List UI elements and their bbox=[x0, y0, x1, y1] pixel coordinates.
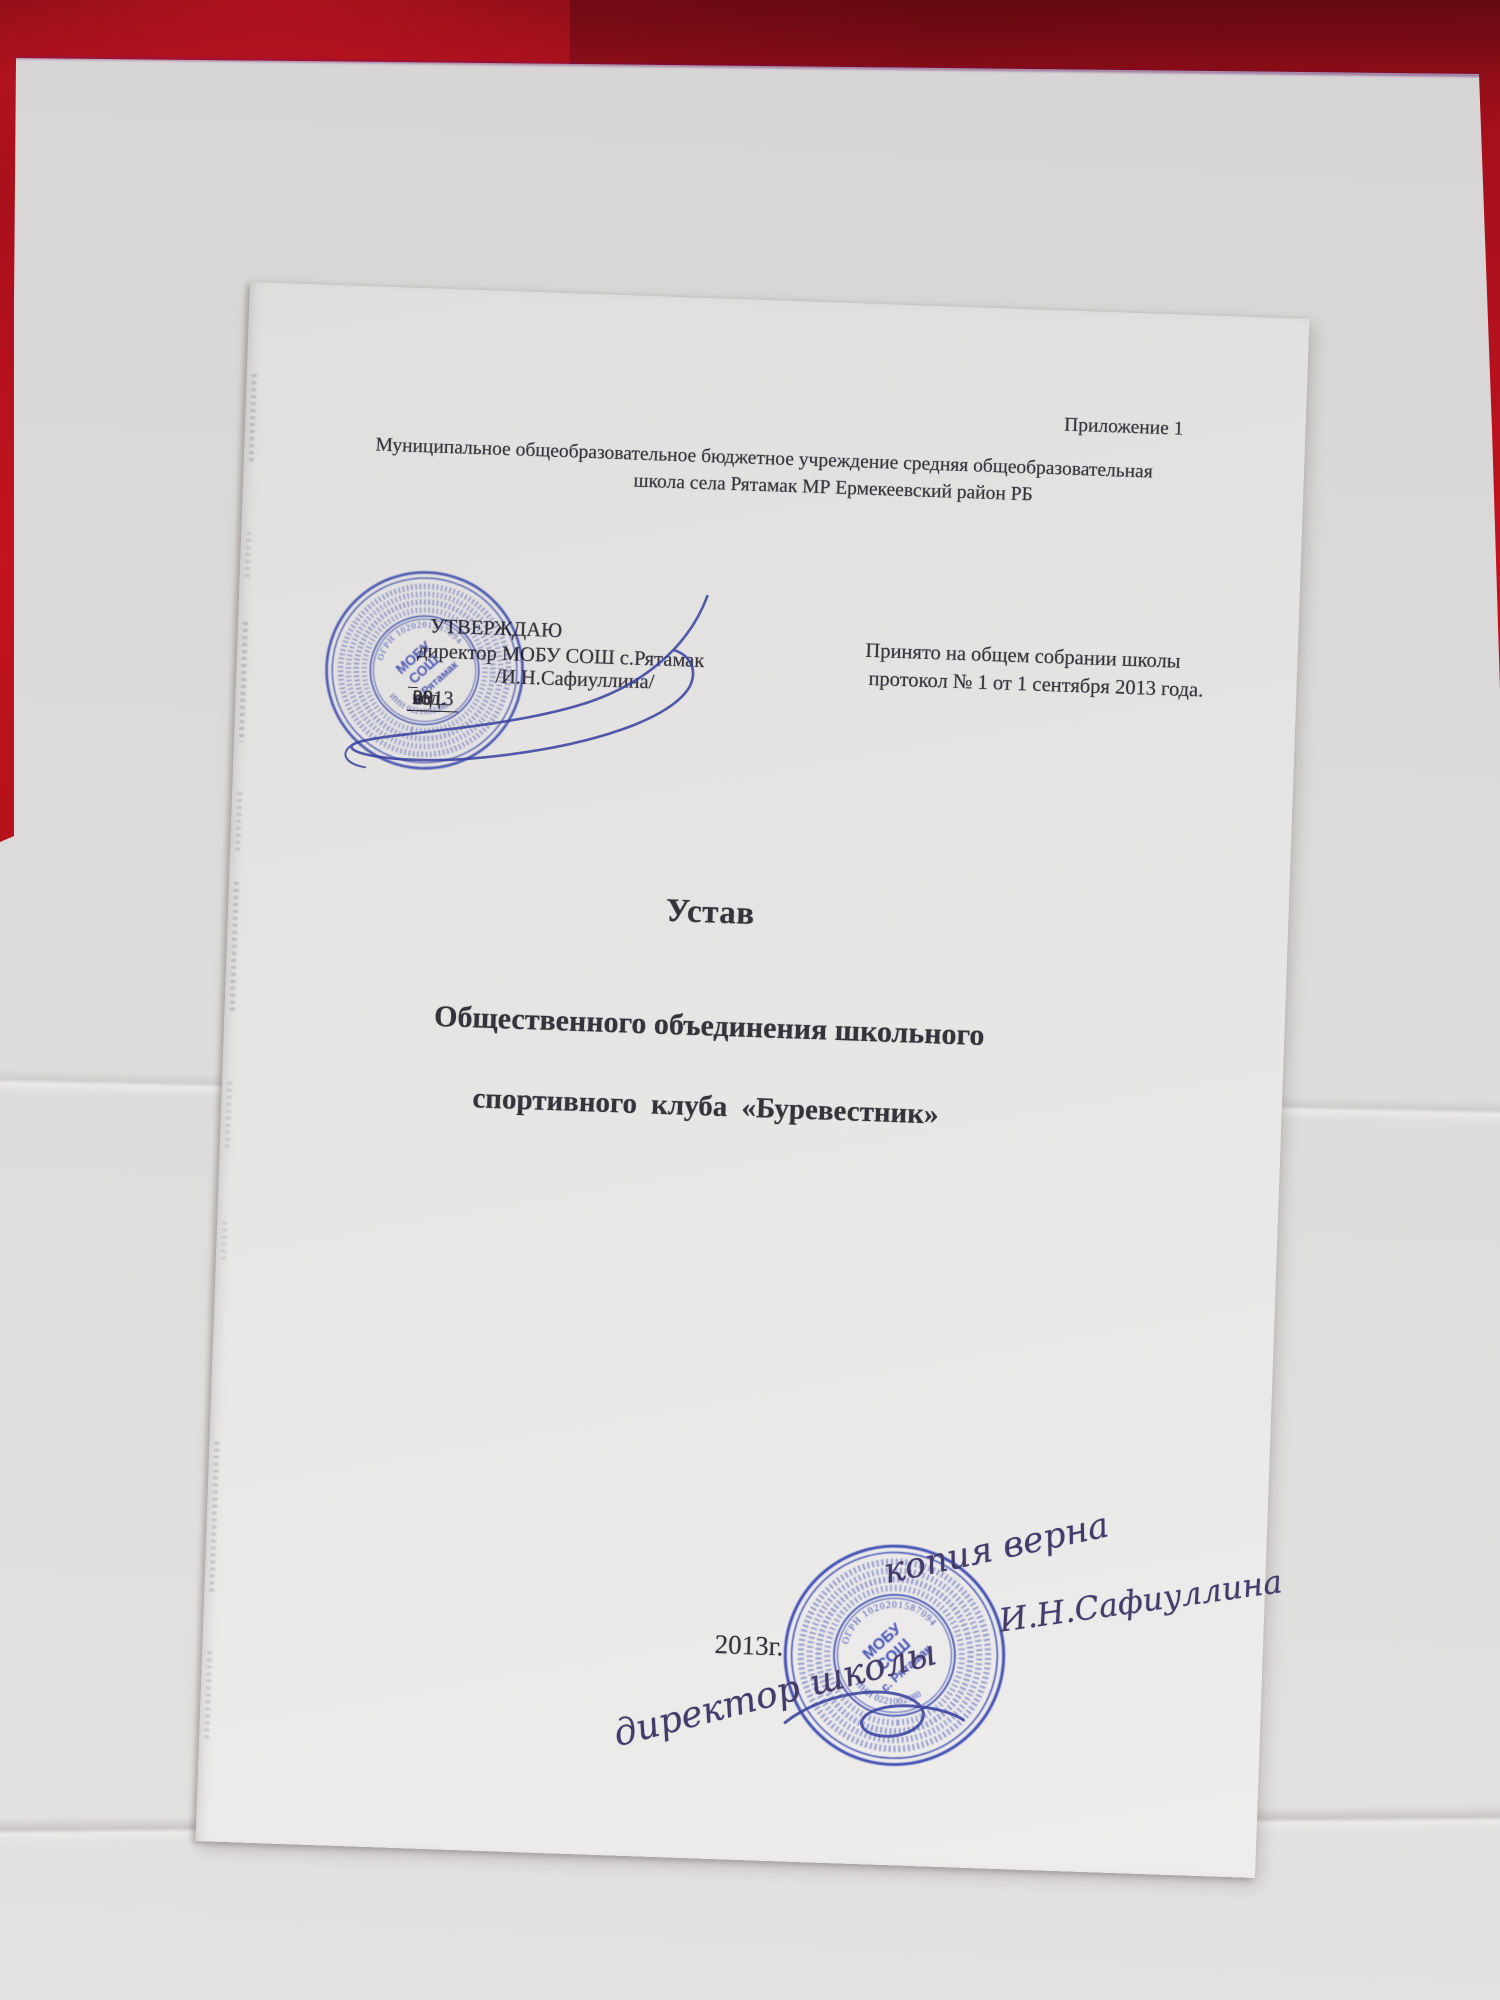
photo-of-document: Приложение 1 Муниципальное общеобразоват… bbox=[0, 0, 1500, 2000]
charter-title: Устав bbox=[410, 884, 1011, 942]
appendix-label: Приложение 1 bbox=[1064, 415, 1184, 441]
acceptance-line2: протокол № 1 от 1 сентября 2013 года. bbox=[868, 668, 1204, 703]
school-round-stamp-top: ОГРН 1020201587094 ИНН 0221002380 МОБУ С… bbox=[316, 562, 533, 779]
charter-subtitle-line1: Общественного объединения школьного bbox=[259, 994, 1160, 1059]
charter-subtitle-line2: спортивного клуба «Буревестник» bbox=[255, 1075, 1156, 1139]
year-label: 2013г. bbox=[714, 1629, 784, 1662]
document-page: Приложение 1 Муниципальное общеобразоват… bbox=[196, 282, 1310, 1878]
